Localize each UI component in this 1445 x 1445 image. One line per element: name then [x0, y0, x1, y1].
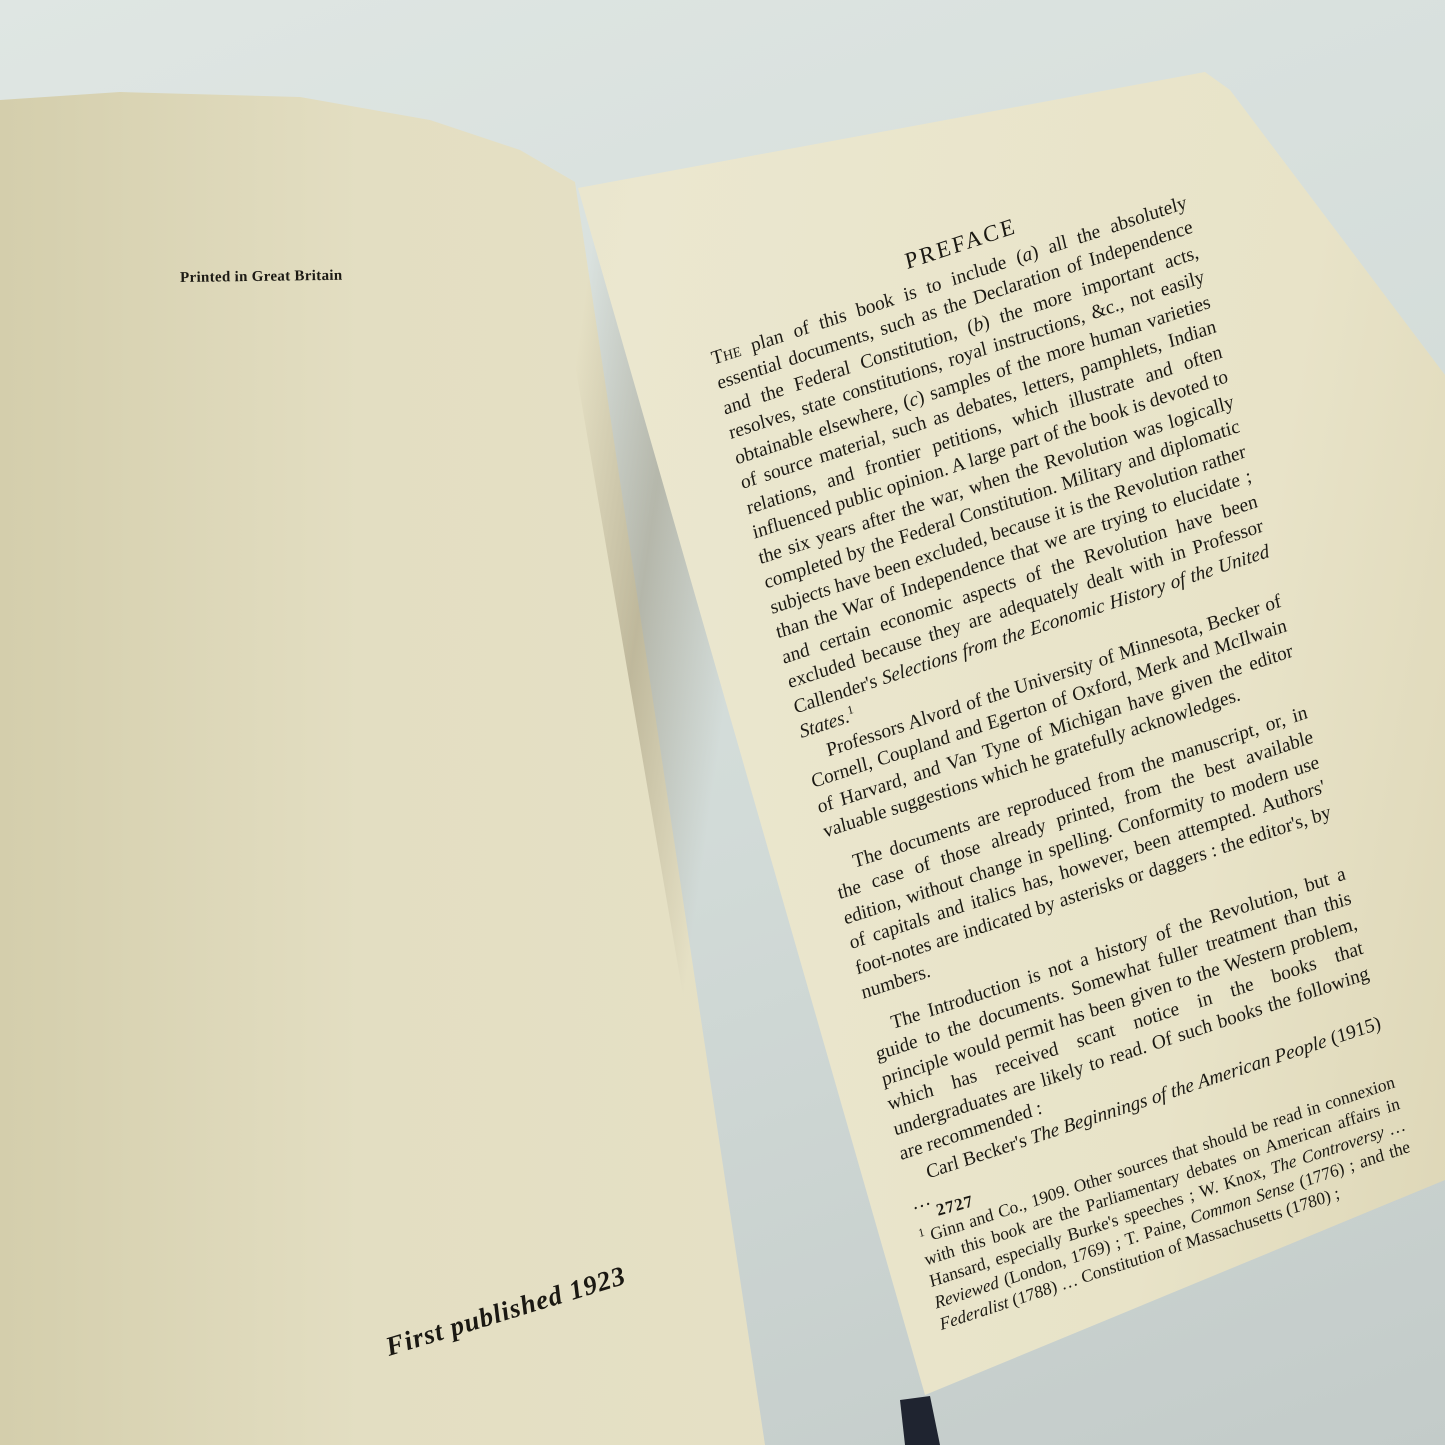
photo-scene: Printed in Great Britain First published…: [0, 0, 1445, 1445]
preface-text-block: PREFACE The plan of this book is to incl…: [702, 161, 1417, 1334]
imprint-text: Printed in Great Britain: [180, 268, 343, 287]
lead-small-caps: The: [709, 339, 743, 369]
footnote-reference: 1: [846, 702, 855, 718]
